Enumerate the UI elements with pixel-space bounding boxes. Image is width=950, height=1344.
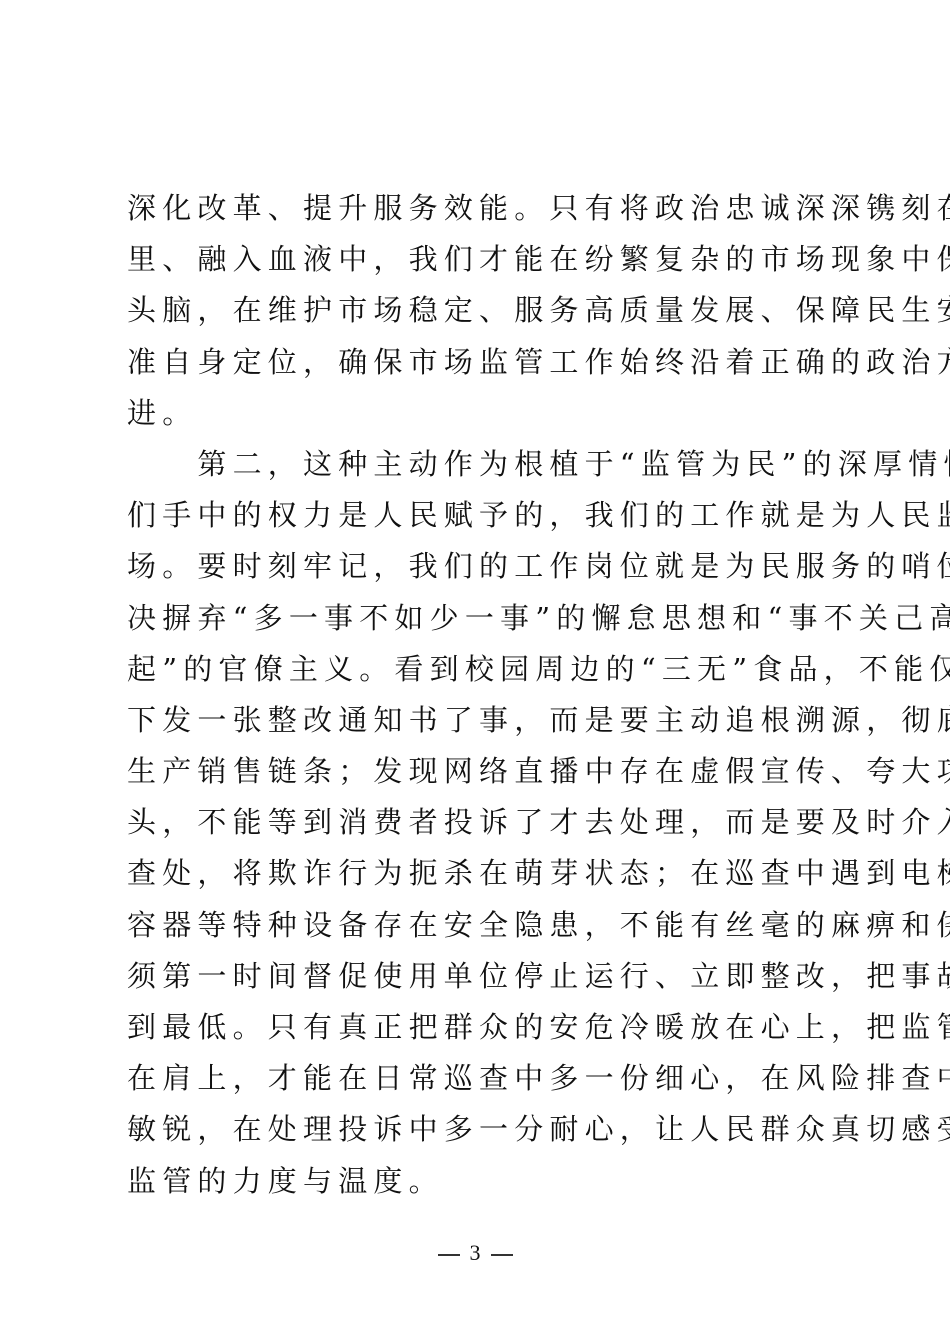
page-number: 3 bbox=[0, 1240, 950, 1266]
paragraph-1: 深化改革、提升服务效能。只有将政治忠诚深深镌刻在脑海 里、融入血液中，我们才能在… bbox=[127, 186, 827, 442]
text-line: 查处，将欺诈行为扼杀在萌芽状态；在巡查中遇到电梯、压力 bbox=[127, 851, 827, 902]
page-number-value: 3 bbox=[470, 1240, 481, 1265]
text-line: 容器等特种设备存在安全隐患，不能有丝毫的麻痹和侥幸，必 bbox=[127, 903, 827, 954]
text-line: 生产销售链条；发现网络直播中存在虚假宣传、夸大功效的苗 bbox=[127, 749, 827, 800]
text-line: 起”的官僚主义。看到校园周边的“三无”食品，不能仅仅是 bbox=[127, 647, 827, 698]
text-line: 进。 bbox=[127, 391, 827, 442]
text-line: 下发一张整改通知书了事，而是要主动追根溯源，彻底端掉其 bbox=[127, 698, 827, 749]
text-line: 须第一时间督促使用单位停止运行、立即整改，把事故风险降 bbox=[127, 954, 827, 1005]
text-line: 深化改革、提升服务效能。只有将政治忠诚深深镌刻在脑海 bbox=[127, 186, 827, 237]
text-line: 准自身定位，确保市场监管工作始终沿着正确的政治方向前 bbox=[127, 340, 827, 391]
text-line: 们手中的权力是人民赋予的，我们的工作就是为人民监管市 bbox=[127, 493, 827, 544]
text-line: 头脑，在维护市场稳定、服务高质量发展、保障民生安全中找 bbox=[127, 288, 827, 339]
text-line: 场。要时刻牢记，我们的工作岗位就是为民服务的哨位。要坚 bbox=[127, 544, 827, 595]
page-number-dash-left bbox=[438, 1254, 460, 1256]
text-line: 里、融入血液中，我们才能在纷繁复杂的市场现象中保持清醒 bbox=[127, 237, 827, 288]
text-line: 监管的力度与温度。 bbox=[127, 1159, 827, 1210]
text-line: 在肩上，才能在日常巡查中多一份细心，在风险排查中多一份 bbox=[127, 1056, 827, 1107]
text-line: 头，不能等到消费者投诉了才去处理，而是要及时介入、果断 bbox=[127, 800, 827, 851]
document-page: 深化改革、提升服务效能。只有将政治忠诚深深镌刻在脑海 里、融入血液中，我们才能在… bbox=[0, 0, 950, 1344]
document-body: 深化改革、提升服务效能。只有将政治忠诚深深镌刻在脑海 里、融入血液中，我们才能在… bbox=[127, 186, 827, 1210]
page-number-dash-right bbox=[491, 1254, 513, 1256]
text-line: 决摒弃“多一事不如少一事”的懈怠思想和“事不关己高高挂 bbox=[127, 596, 827, 647]
text-line: 敏锐，在处理投诉中多一分耐心，让人民群众真切感受到市场 bbox=[127, 1107, 827, 1158]
text-line: 到最低。只有真正把群众的安危冷暖放在心上，把监管责任扛 bbox=[127, 1005, 827, 1056]
text-line: 第二，这种主动作为根植于“监管为民”的深厚情怀。我 bbox=[127, 442, 827, 493]
paragraph-2: 第二，这种主动作为根植于“监管为民”的深厚情怀。我 们手中的权力是人民赋予的，我… bbox=[127, 442, 827, 1210]
